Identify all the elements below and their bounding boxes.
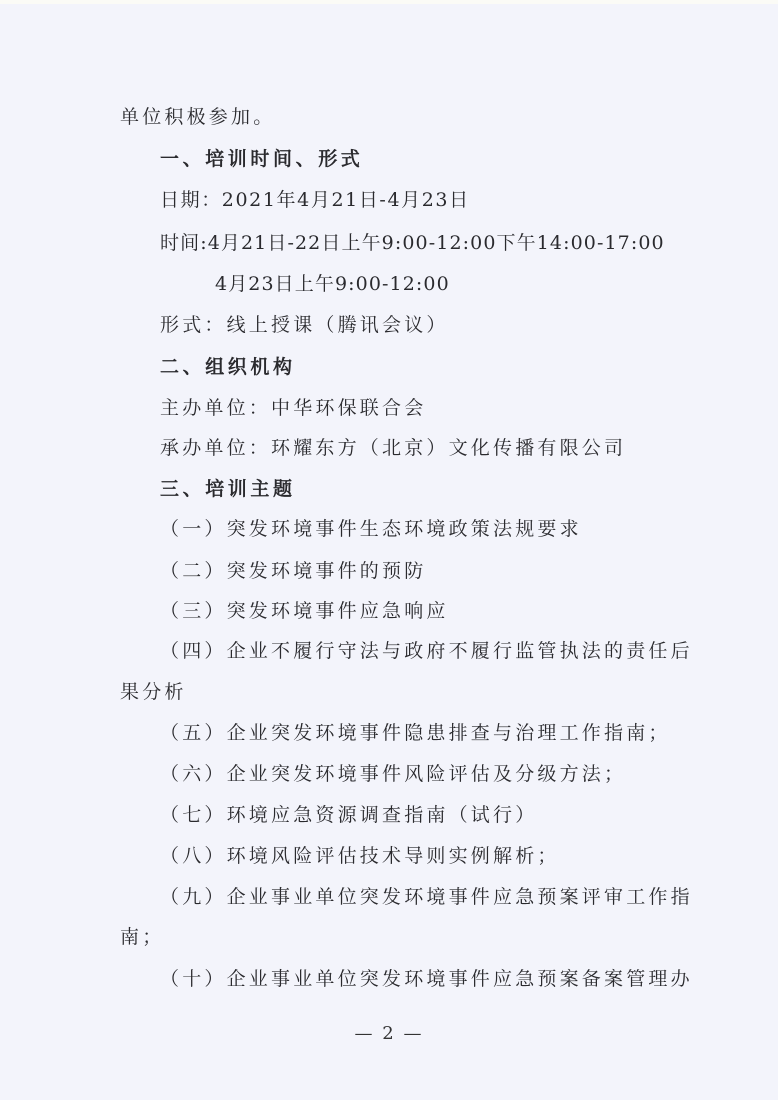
topic-item-2: （二）突发环境事件的预防: [160, 559, 426, 583]
topic-item-5: （五）企业突发环境事件隐患排查与治理工作指南；: [160, 721, 671, 745]
document-page: 单位积极参加。 一、培训时间、形式 日期：2021年4月21日-4月23日 时间…: [0, 0, 778, 1100]
page-number: — 2 —: [0, 1023, 778, 1044]
topic-item-9: （九）企业事业单位突发环境事件应急预案评审工作指: [160, 885, 693, 909]
training-time-day3: 4月23日上午9:00-12:00: [215, 272, 450, 296]
topic-item-4: （四）企业不履行守法与政府不履行监管执法的责任后: [160, 639, 693, 663]
topic-item-6: （六）企业突发环境事件风险评估及分级方法；: [160, 762, 626, 786]
training-format: 形式：线上授课（腾讯会议）: [160, 313, 449, 337]
topic-item-7: （七）环境应急资源调查指南（试行）: [160, 803, 537, 827]
section-heading-training-time: 一、培训时间、形式: [160, 147, 363, 171]
topic-item-4-continuation: 果分析: [120, 680, 187, 704]
organizer: 承办单位：环耀东方（北京）文化传播有限公司: [160, 436, 626, 460]
training-time: 时间:4月21日-22日上午9:00-12:00下午14:00-17:00: [160, 231, 665, 255]
paragraph-continuation: 单位积极参加。: [120, 105, 275, 129]
section-heading-topics: 三、培训主题: [160, 477, 296, 501]
training-date: 日期：2021年4月21日-4月23日: [160, 188, 470, 212]
topic-item-8: （八）环境风险评估技术导则实例解析；: [160, 844, 560, 868]
topic-item-9-continuation: 南；: [120, 925, 164, 949]
section-heading-organization: 二、组织机构: [160, 355, 296, 379]
host-organization: 主办单位：中华环保联合会: [160, 396, 426, 420]
topic-item-3: （三）突发环境事件应急响应: [160, 599, 449, 623]
topic-item-1: （一）突发环境事件生态环境政策法规要求: [160, 517, 582, 541]
topic-item-10: （十）企业事业单位突发环境事件应急预案备案管理办: [160, 967, 693, 991]
